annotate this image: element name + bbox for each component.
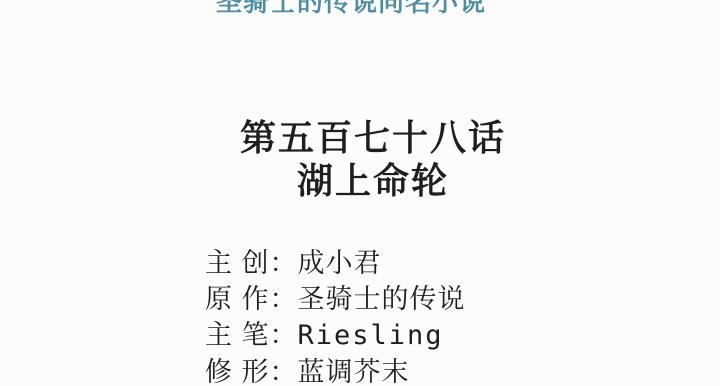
chapter-heading: 第五百七十八话 湖上命轮	[26, 116, 720, 202]
series-novel-caption: 圣骑士的传说同名小说	[0, 0, 702, 15]
credit-row-creator: 主 创：成小君	[205, 245, 466, 281]
credits-list: 主 创：成小君 原 作：圣骑士的传说 主 笔：Riesling 修 形：蓝调芥末	[205, 245, 466, 386]
credit-label: 修 形：	[205, 357, 298, 386]
credit-label: 主 笔：	[205, 320, 298, 350]
credit-label: 原 作：	[205, 284, 298, 314]
credit-value: 圣骑士的传说	[298, 284, 466, 314]
credit-value: 成小君	[298, 248, 382, 278]
credit-row-lead-artist: 主 笔：Riesling	[205, 317, 466, 354]
chapter-title: 湖上命轮	[26, 159, 720, 202]
credit-value: 蓝调芥末	[298, 357, 410, 386]
comic-title-page: 圣骑士的传说同名小说 第五百七十八话 湖上命轮 主 创：成小君 原 作：圣骑士的…	[0, 0, 720, 386]
credit-row-retouch: 修 形：蓝调芥末	[205, 354, 466, 386]
credit-value: Riesling	[298, 320, 444, 351]
credit-row-original-work: 原 作：圣骑士的传说	[205, 281, 466, 317]
credit-label: 主 创：	[205, 248, 298, 278]
episode-number: 第五百七十八话	[26, 116, 720, 159]
